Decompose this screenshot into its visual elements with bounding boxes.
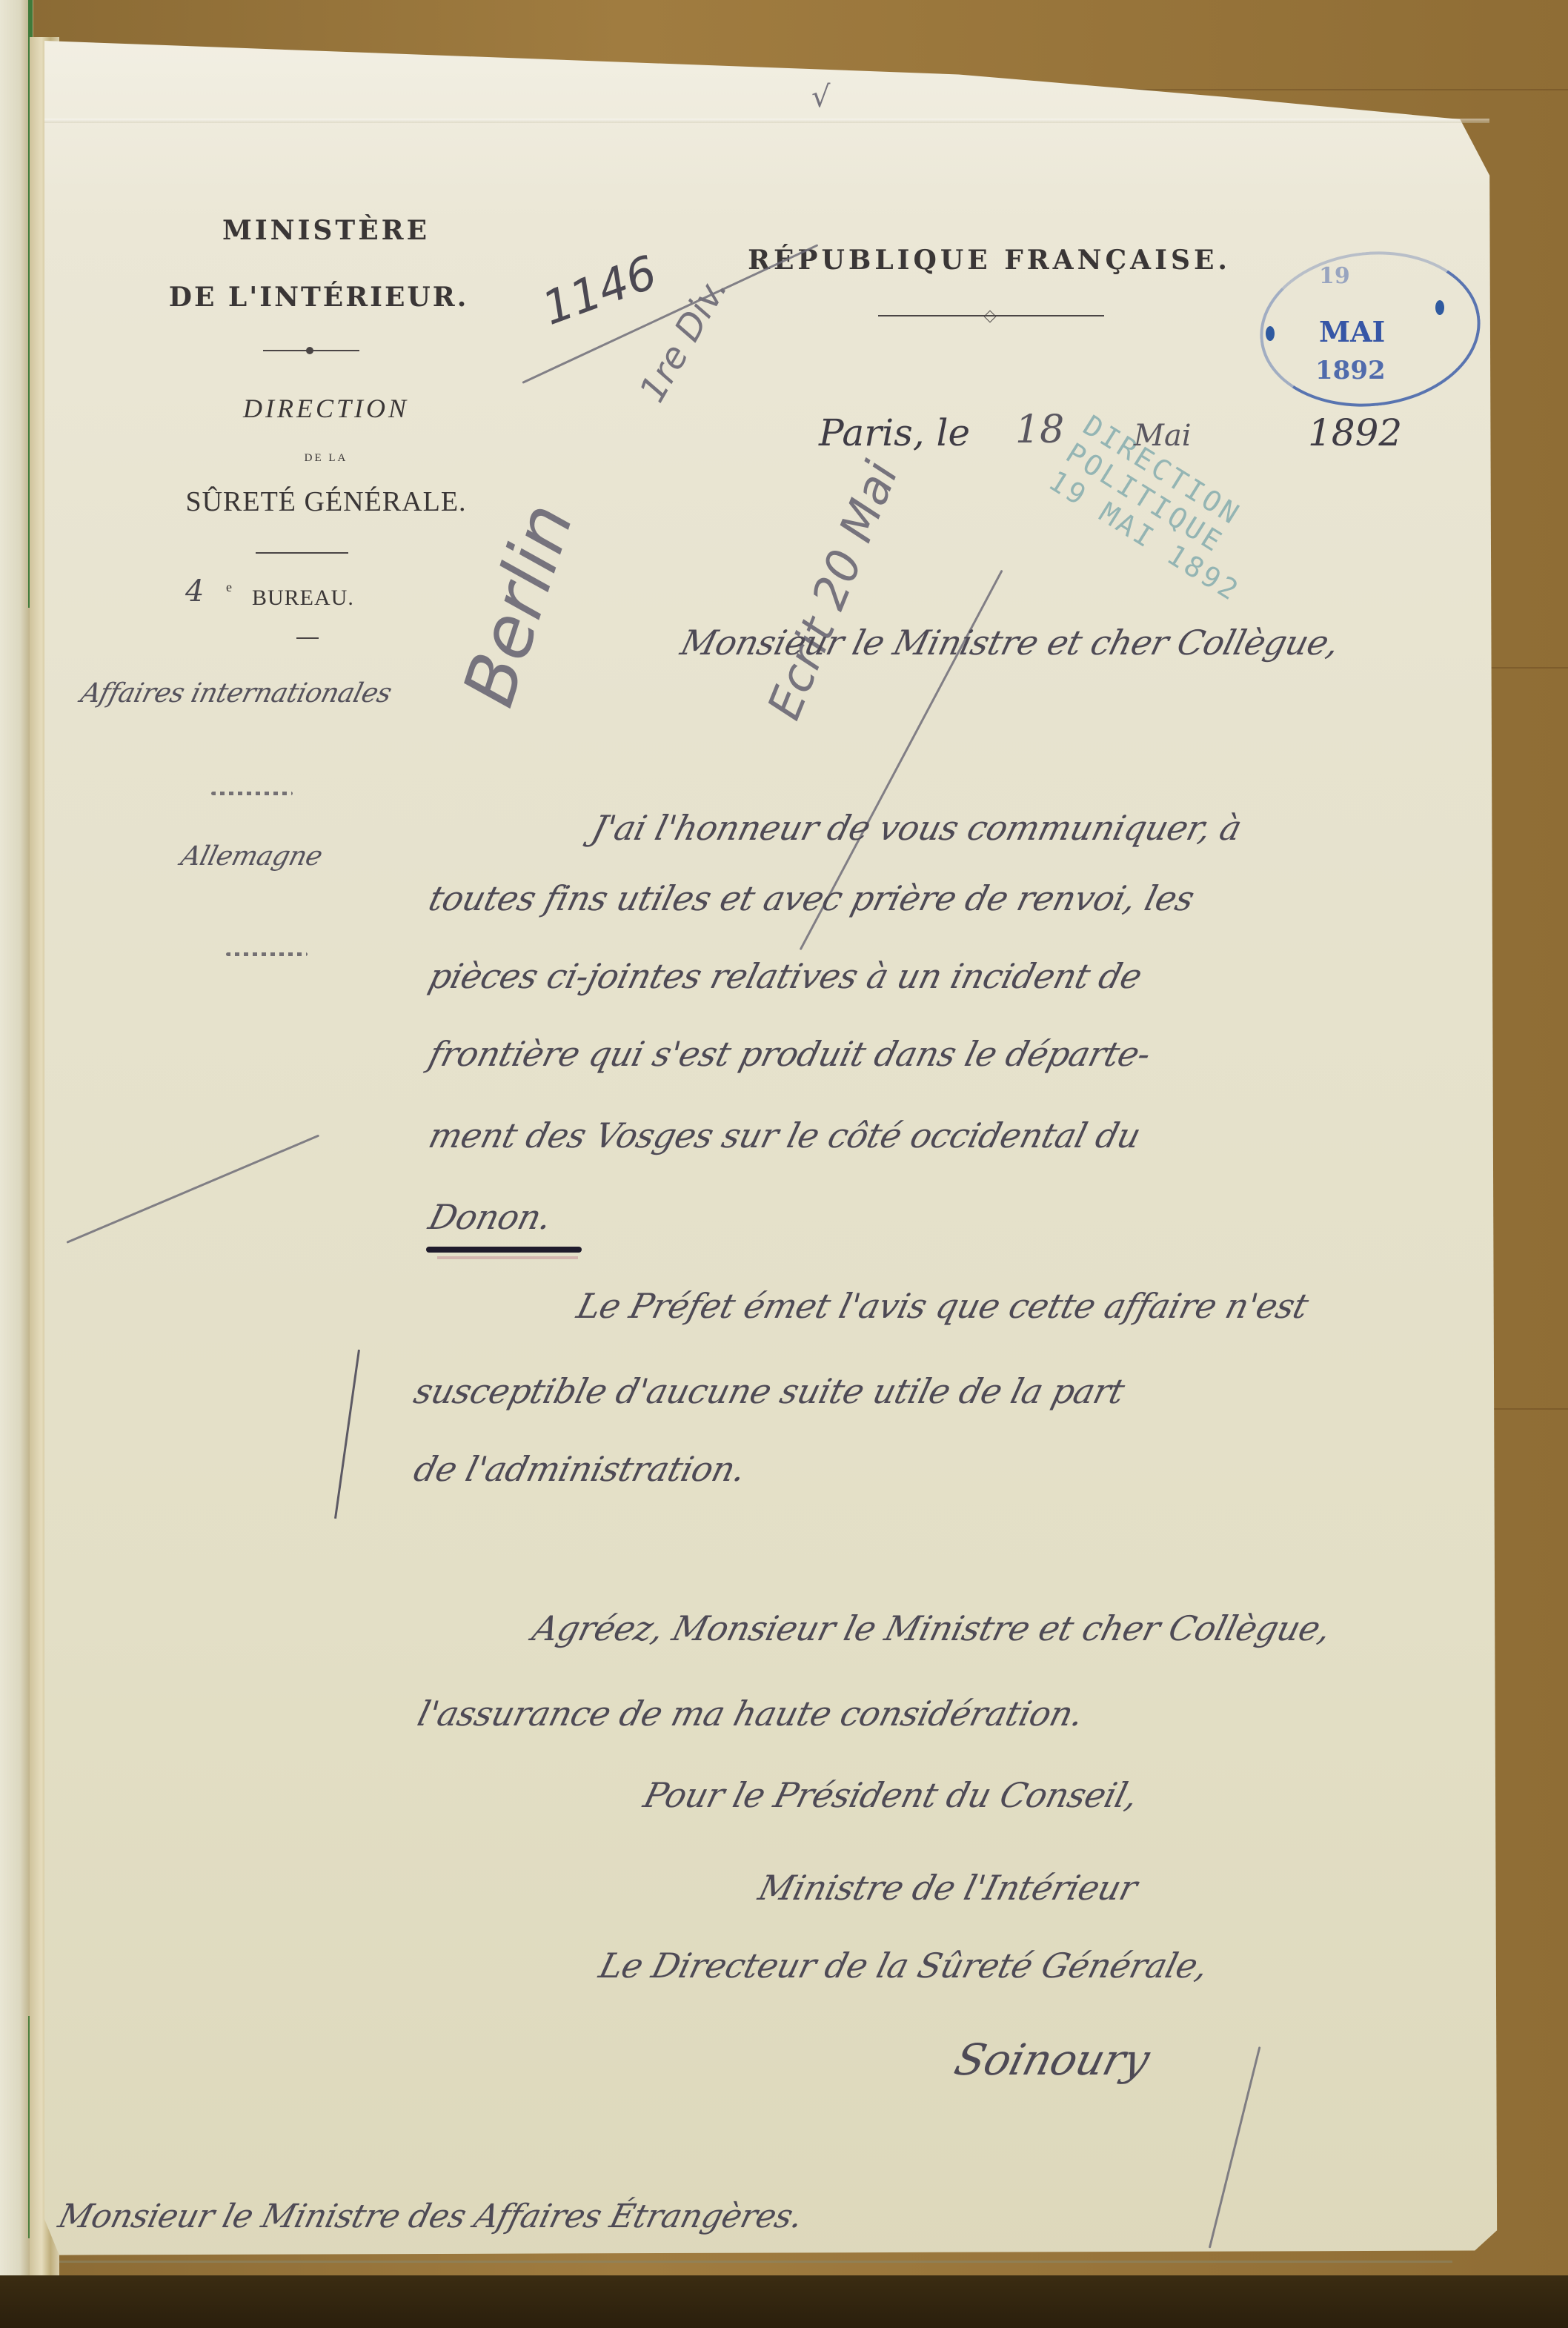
- body-line: J'ai l'honneur de vous communiquer, à: [588, 808, 1246, 848]
- ornament-divider: [263, 347, 359, 354]
- closing-line: l'assurance de ma haute considération.: [413, 1694, 1087, 1734]
- letterhead-direction: DIRECTION: [170, 393, 482, 424]
- letterhead-surete: SÛRETÉ GÉNÉRALE.: [148, 485, 504, 518]
- letterhead-de-la: DE LA: [170, 452, 482, 465]
- ink-underline: [426, 1247, 582, 1253]
- margin-subject: Affaires internationales: [78, 678, 395, 709]
- closing-line: Agréez, Monsieur le Ministre et cher Col…: [528, 1608, 1335, 1648]
- dateline-month: Mai: [1134, 419, 1192, 453]
- salutation: Monsieur le Ministre et cher Collègue,: [677, 623, 1343, 663]
- body-line: de l'administration.: [410, 1449, 749, 1489]
- bottom-shadow: [0, 2275, 1568, 2328]
- stamp-year: 1892: [1315, 356, 1386, 385]
- body-line: Le Préfet émet l'avis que cette affaire …: [573, 1286, 1312, 1326]
- dateline-year: 1892: [1308, 411, 1402, 454]
- body-line: ment des Vosges sur le côté occidental d…: [425, 1115, 1144, 1155]
- signature: Soinoury: [950, 2034, 1155, 2085]
- ornament-divider: [256, 552, 348, 554]
- pencil-check-mark: √: [811, 80, 831, 114]
- margin-squiggle: [226, 952, 308, 956]
- letterhead-republique: RÉPUBLIQUE FRANÇAISE.: [711, 245, 1267, 276]
- page-bottom-edge: [59, 2261, 1452, 2263]
- margin-squiggle: [211, 792, 293, 795]
- body-line: susceptible d'aucune suite utile de la p…: [410, 1371, 1128, 1411]
- signature-block-line: Ministre de l'Intérieur: [754, 1868, 1141, 1908]
- page-fold: [44, 119, 1489, 123]
- body-line: toutes fins utiles et avec prière de ren…: [425, 878, 1198, 918]
- ornament-divider: [878, 315, 1104, 316]
- red-underline: [437, 1256, 578, 1259]
- letterhead-ministry: MINISTÈRE: [170, 215, 482, 246]
- margin-country: Allemagne: [178, 841, 325, 872]
- archive-binder-edge: [0, 0, 33, 2328]
- letterhead-bureau: BUREAU.: [252, 586, 400, 611]
- body-line-donon: Donon.: [425, 1197, 556, 1237]
- dateline-place: Paris, le: [819, 411, 970, 454]
- addressee: Monsieur le Ministre des Affaires Étrang…: [55, 2198, 807, 2235]
- signature-block-line: Pour le Président du Conseil,: [640, 1775, 1142, 1815]
- dateline-day: 18: [1015, 408, 1064, 452]
- divider-dash: [296, 637, 319, 639]
- bureau-superscript: e: [226, 580, 232, 595]
- stamp-diamond-left: [1266, 326, 1275, 341]
- stamp-day: 19: [1319, 263, 1350, 289]
- letterhead-interior: DE L'INTÉRIEUR.: [141, 282, 496, 313]
- body-line: frontière qui s'est produit dans le dépa…: [425, 1034, 1155, 1074]
- body-line: pièces ci-jointes relatives à un inciden…: [425, 956, 1146, 996]
- signature-block-line: Le Directeur de la Sûreté Générale,: [595, 1946, 1212, 1986]
- bureau-number: 4: [185, 574, 204, 608]
- stamp-diamond-right: [1435, 300, 1444, 315]
- stamp-month: MAI: [1319, 315, 1385, 348]
